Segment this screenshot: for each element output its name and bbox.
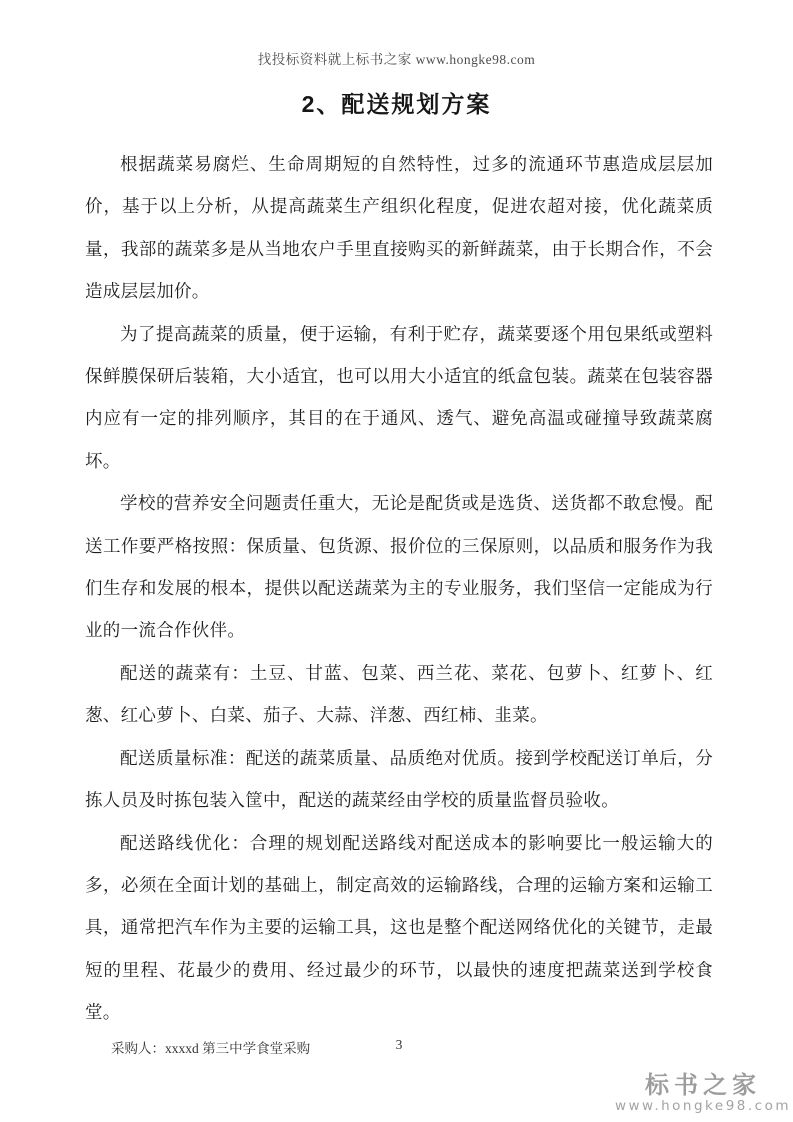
paragraph-2: 为了提高蔬菜的质量，便于运输，有利于贮存，蔬菜要逐个用包果纸或塑料保鲜膜保研后装… bbox=[85, 313, 713, 483]
header-watermark-text: 找投标资料就上标书之家 www.hongke98.com bbox=[0, 48, 793, 68]
document-body: 根据蔬菜易腐烂、生命周期短的自然特性，过多的流通环节惠造成层层加价，基于以上分析… bbox=[85, 143, 713, 1034]
paragraph-3: 学校的营养安全问题责任重大，无论是配货或是选货、送货都不敢怠慢。配送工作要严格按… bbox=[85, 482, 713, 652]
paragraph-6: 配送路线优化：合理的规划配送路线对配送成本的影响要比一般运输大的多，必须在全面计… bbox=[85, 822, 713, 1034]
paragraph-5: 配送质量标准：配送的蔬菜质量、品质绝对优质。接到学校配送订单后，分拣人员及时拣包… bbox=[85, 737, 713, 822]
footer-page-number: 3 bbox=[85, 1037, 713, 1053]
corner-watermark-url: www.hongke98.com bbox=[615, 1098, 791, 1114]
paragraph-4: 配送的蔬菜有：土豆、甘蓝、包菜、西兰花、菜花、包萝卜、红萝卜、红葱、红心萝卜、白… bbox=[85, 652, 713, 737]
document-page: 找投标资料就上标书之家 www.hongke98.com 2、配送规划方案 根据… bbox=[0, 0, 793, 1122]
page-footer: 采购人：xxxxd 第三中学食堂采购 3 bbox=[85, 1037, 713, 1057]
corner-watermark-brand: 标书之家 bbox=[615, 1072, 791, 1098]
corner-watermark: 标书之家 www.hongke98.com bbox=[615, 1072, 793, 1114]
document-title: 2、配送规划方案 bbox=[0, 86, 793, 119]
paragraph-1: 根据蔬菜易腐烂、生命周期短的自然特性，过多的流通环节惠造成层层加价，基于以上分析… bbox=[85, 143, 713, 313]
